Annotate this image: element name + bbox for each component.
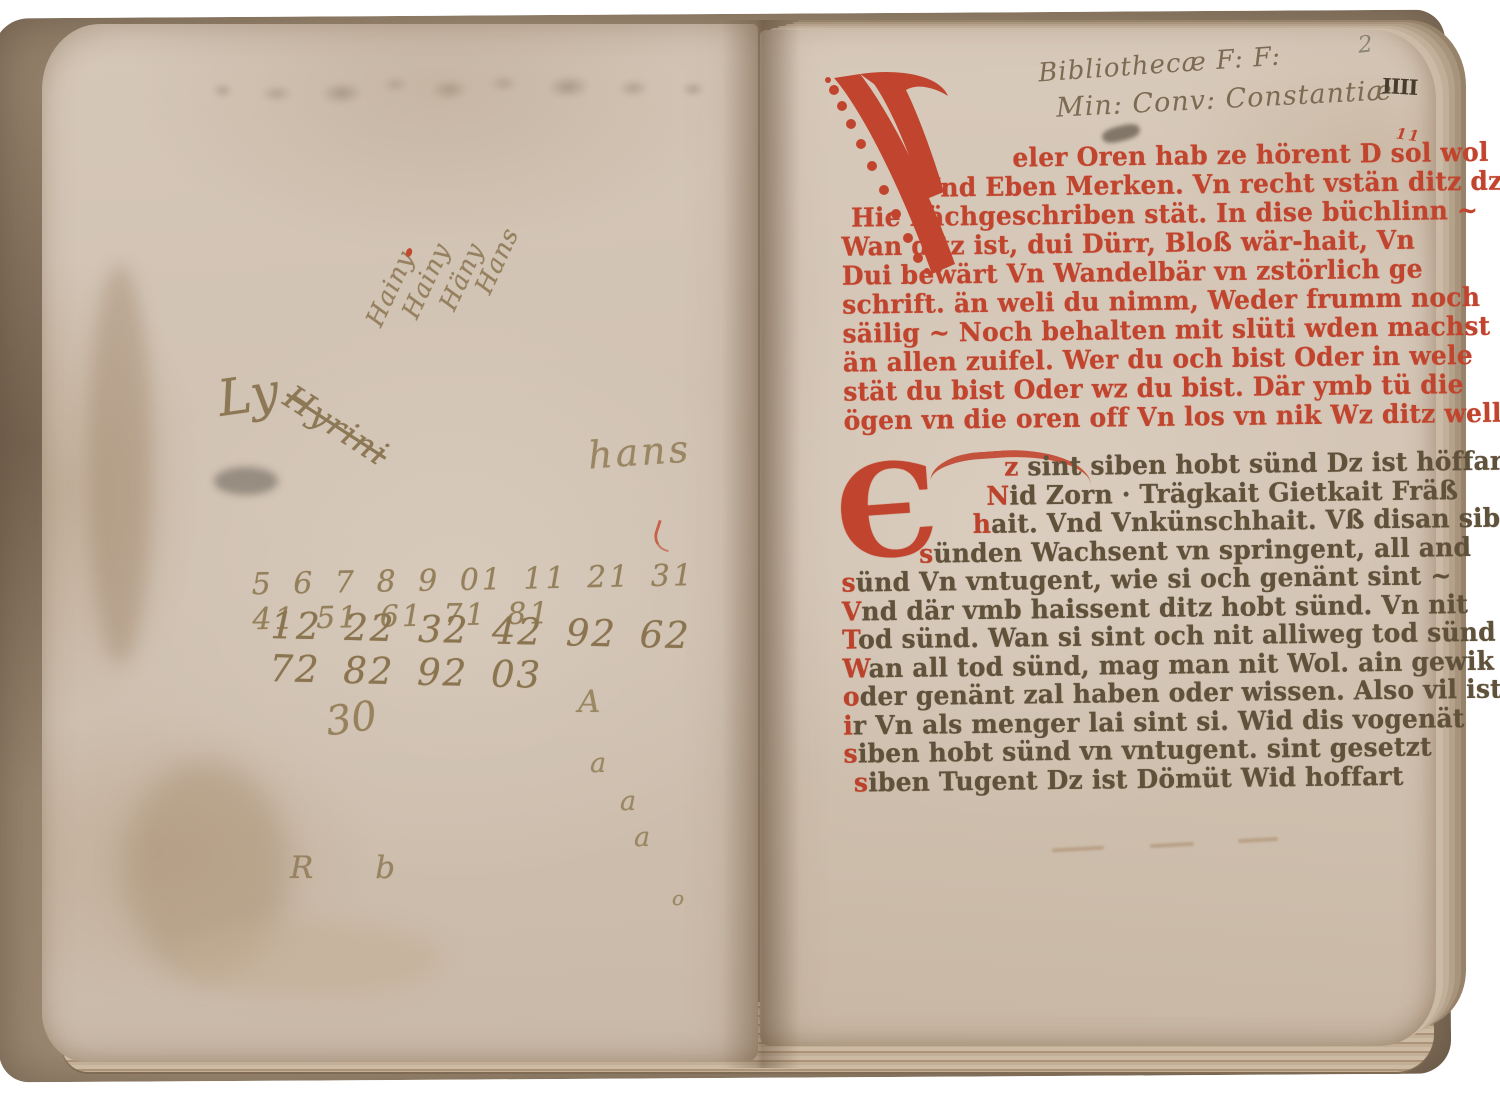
manuscript-line: siben Tugent Dz ist Dömüt Wid hoffart [854,762,1392,798]
letter-trial-A: A [578,684,600,720]
letter-trial-a: a [620,786,636,817]
letter-trial-a: a [634,822,650,853]
gutter-shadow [722,20,800,1068]
left-page: Hainy Hainy Häny Hans Ly Hyrini hans 5 6… [42,24,758,1062]
number-trials-row2: 12 22 32 42 92 62 72 82 92 03 [269,604,759,702]
letter-trials-rb: R b [290,850,421,886]
red-pen-curl [650,520,677,553]
letter-trial-a: a [590,748,606,779]
gray-smudge [214,467,278,495]
letter-trial-o: o [672,886,684,910]
monogram-scribble: Ly [214,362,282,428]
hans-scribble: hans [587,426,693,477]
quire-mark: IIII [1381,73,1418,100]
folio-number-pencil: 2 [1357,31,1375,58]
main-text-paragraph: z sint siben hobt sünd Dz ist höffartNid… [840,449,1392,798]
number-30: 30 [323,693,380,746]
manuscript-photo: Hainy Hainy Häny Hans Ly Hyrini hans 5 6… [0,0,1500,1094]
faded-inscription-smudge [189,38,731,124]
rubric-paragraph: eler Oren hab ze hörent D sol wolVnd Ebe… [840,139,1392,436]
crossed-out-name: Hyrini [277,377,397,474]
parchment-stain [174,920,444,998]
parchment-stain [88,264,152,664]
parchment-stain [124,762,288,976]
